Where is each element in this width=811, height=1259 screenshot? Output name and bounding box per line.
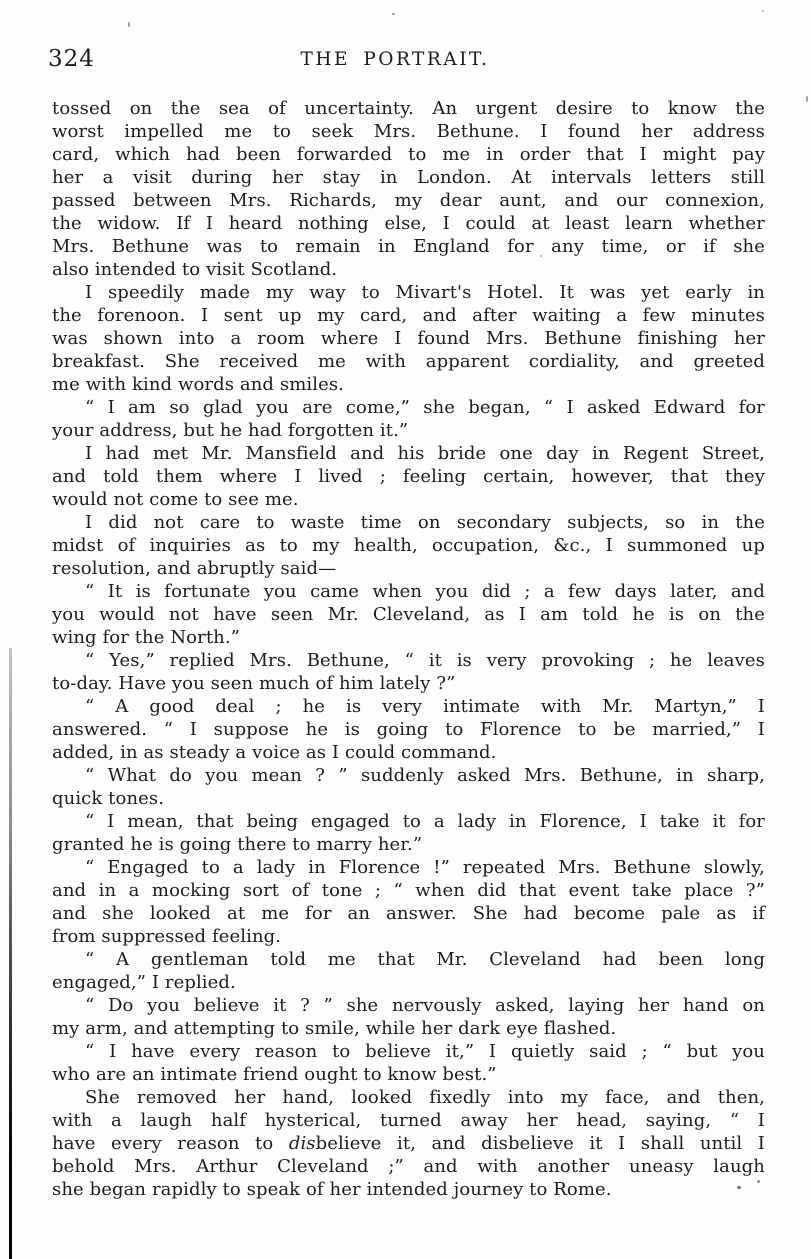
scan-speck xyxy=(540,255,542,257)
text-line: “ Engaged to a lady in Florence !” repea… xyxy=(52,856,765,879)
scan-speck xyxy=(392,13,395,15)
text-line: behold Mrs. Arthur Cleveland ;” and with… xyxy=(52,1155,765,1178)
text-line: and she looked at me for an answer. She … xyxy=(52,902,765,925)
text-line: “ A good deal ; he is very intimate with… xyxy=(52,695,765,718)
text-line: from suppressed feeling. xyxy=(52,925,765,948)
text-line: passed between Mrs. Richards, my dear au… xyxy=(52,189,765,212)
text-line: “ I have every reason to believe it,” I … xyxy=(52,1040,765,1063)
text-line: resolution, and abruptly said— xyxy=(52,557,765,580)
text-line: answered. “ I suppose he is going to Flo… xyxy=(52,718,765,741)
text-line: She removed her hand, looked fixedly int… xyxy=(52,1086,765,1109)
text-line: engaged,” I replied. xyxy=(52,971,765,994)
text-line: added, in as steady a voice as I could c… xyxy=(52,741,765,764)
text-line: I had met Mr. Mansfield and his bride on… xyxy=(52,442,765,465)
paragraph: I speedily made my way to Mivart's Hotel… xyxy=(52,281,765,396)
text-line: was shown into a room where I found Mrs.… xyxy=(52,327,765,350)
paragraph: “ I mean, that being engaged to a lady i… xyxy=(52,810,765,856)
text-line: you would not have seen Mr. Cleveland, a… xyxy=(52,603,765,626)
paragraph: “ Do you believe it ? ” she nervously as… xyxy=(52,994,765,1040)
text-line: would not come to see me. xyxy=(52,488,765,511)
text-line: her a visit during her stay in London. A… xyxy=(52,166,765,189)
book-page: 324 THE PORTRAIT. tossed on the sea of u… xyxy=(0,0,811,1259)
text-line: wing for the North.” xyxy=(52,626,765,649)
scan-gutter-shadow xyxy=(9,648,12,1259)
text-line: “ A gentleman told me that Mr. Cleveland… xyxy=(52,948,765,971)
page-body: tossed on the sea of uncertainty. An urg… xyxy=(52,97,765,1201)
text-line: midst of inquiries as to my health, occu… xyxy=(52,534,765,557)
text-line: me with kind words and smiles. xyxy=(52,373,765,396)
text-line: “ It is fortunate you came when you did … xyxy=(52,580,765,603)
paragraph: “ Yes,” replied Mrs. Bethune, “ it is ve… xyxy=(52,649,765,695)
running-title: THE PORTRAIT. xyxy=(0,49,790,70)
paragraph: “ Engaged to a lady in Florence !” repea… xyxy=(52,856,765,948)
paragraph: “ A gentleman told me that Mr. Cleveland… xyxy=(52,948,765,994)
text-run: believe it, and disbelieve it I shall un… xyxy=(316,1133,765,1154)
text-line: to-day. Have you seen much of him lately… xyxy=(52,672,765,695)
paragraph: “ A good deal ; he is very intimate with… xyxy=(52,695,765,764)
scan-speck xyxy=(737,1186,741,1189)
paragraph: She removed her hand, looked fixedly int… xyxy=(52,1086,765,1201)
text-line: also intended to visit Scotland. xyxy=(52,258,765,281)
text-line: have every reason to disbelieve it, and … xyxy=(52,1132,765,1155)
text-line: and in a mocking sort of tone ; “ when d… xyxy=(52,879,765,902)
text-line: “ What do you mean ? ” suddenly asked Mr… xyxy=(52,764,765,787)
text-line: and told them where I lived ; feeling ce… xyxy=(52,465,765,488)
page-header: 324 THE PORTRAIT. xyxy=(0,44,811,78)
paragraph: “ It is fortunate you came when you did … xyxy=(52,580,765,649)
text-line: quick tones. xyxy=(52,787,765,810)
scan-speck xyxy=(128,22,130,27)
text-line: “ Do you believe it ? ” she nervously as… xyxy=(52,994,765,1017)
text-line: Mrs. Bethune was to remain in England fo… xyxy=(52,235,765,258)
text-line: breakfast. She received me with apparent… xyxy=(52,350,765,373)
paragraph: tossed on the sea of uncertainty. An urg… xyxy=(52,97,765,281)
text-line: granted he is going there to marry her.” xyxy=(52,833,765,856)
paragraph: I had met Mr. Mansfield and his bride on… xyxy=(52,442,765,511)
text-line: the forenoon. I sent up my card, and aft… xyxy=(52,304,765,327)
paragraph: “ What do you mean ? ” suddenly asked Mr… xyxy=(52,764,765,810)
text-line: card, which had been forwarded to me in … xyxy=(52,143,765,166)
text-line: “ I am so glad you are come,” she began,… xyxy=(52,396,765,419)
paragraph: I did not care to waste time on secondar… xyxy=(52,511,765,580)
text-line: “ Yes,” replied Mrs. Bethune, “ it is ve… xyxy=(52,649,765,672)
text-line: tossed on the sea of uncertainty. An urg… xyxy=(52,97,765,120)
italic-run: dis xyxy=(289,1133,316,1154)
text-line: who are an intimate friend ought to know… xyxy=(52,1063,765,1086)
text-line: with a laugh half hysterical, turned awa… xyxy=(52,1109,765,1132)
text-line: the widow. If I heard nothing else, I co… xyxy=(52,212,765,235)
text-line: I did not care to waste time on secondar… xyxy=(52,511,765,534)
paragraph: “ I have every reason to believe it,” I … xyxy=(52,1040,765,1086)
paragraph: “ I am so glad you are come,” she began,… xyxy=(52,396,765,442)
text-line: your address, but he had forgotten it.” xyxy=(52,419,765,442)
scan-speck xyxy=(806,96,808,102)
scan-speck xyxy=(762,10,764,12)
scan-speck xyxy=(757,1180,760,1183)
text-line: worst impelled me to seek Mrs. Bethune. … xyxy=(52,120,765,143)
text-line: I speedily made my way to Mivart's Hotel… xyxy=(52,281,765,304)
text-line: my arm, and attempting to smile, while h… xyxy=(52,1017,765,1040)
text-line: she began rapidly to speak of her intend… xyxy=(52,1178,765,1201)
text-line: “ I mean, that being engaged to a lady i… xyxy=(52,810,765,833)
text-run: have every reason to xyxy=(52,1133,289,1154)
